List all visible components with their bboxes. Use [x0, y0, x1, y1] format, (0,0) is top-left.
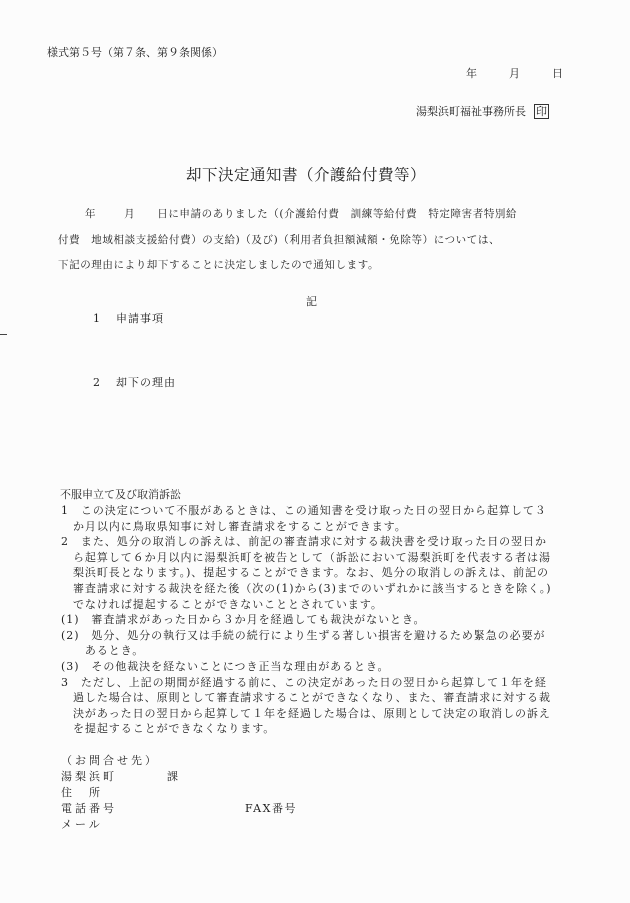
contact-town-row: 湯梨浜町課: [61, 769, 297, 785]
body-line-3: 下記の理由により却下することに決定しましたので通知します。: [58, 258, 379, 272]
appeal-line: ら起算して６か月以内に湯梨浜町を被告として（訴訟において湯梨浜町を代表する者は湯: [61, 550, 551, 566]
contact-block: （お問合せ先） 湯梨浜町課 住 所 電話番号FAX番号 メール: [61, 753, 297, 833]
record-item-1: 1申請事項: [93, 312, 164, 326]
appeal-line: 過した場合は、原則として審査請求することができなくなり、また、審査請求に対する裁: [61, 690, 551, 706]
record-item-label: 申請事項: [116, 312, 164, 325]
appeal-line: でなければ提起することができないこととされています。: [61, 597, 551, 613]
body-year-label: 年: [85, 208, 96, 220]
record-heading: 記: [306, 295, 317, 309]
appeal-line: 審査請求に対する裁決を経た後（次の(1)から(3)までのいずれかに該当するときを…: [61, 581, 551, 597]
body-line-1-text: 日に申請のありました（(介護給付費 訓練等給付費 特定障害者特別給: [157, 208, 517, 220]
date-year-label: 年: [466, 67, 477, 80]
contact-heading: （お問合せ先）: [61, 753, 297, 769]
contact-town: 湯梨浜町: [61, 770, 117, 783]
appeal-line: (2) 処分、処分の執行又は手続の続行により生ずる著しい損害を避けるため緊急の必…: [61, 628, 551, 644]
issuer-name: 湯梨浜町福祉事務所長: [416, 105, 526, 118]
body-line-1: 年月日に申請のありました（(介護給付費 訓練等給付費 特定障害者特別給: [85, 207, 517, 221]
contact-section: 課: [167, 770, 181, 783]
appeal-line: あるとき。: [61, 643, 551, 659]
record-item-label: 却下の理由: [116, 376, 176, 389]
record-item-number: 2: [93, 376, 100, 389]
body-month-label: 月: [124, 208, 135, 220]
date-day-label: 日: [552, 67, 563, 80]
appeal-heading: 不服申立て及び取消訴訟: [60, 488, 181, 502]
appeal-line: 梨浜町長となります。)、提起することができます。なお、処分の取消しの訴えは、前記…: [61, 565, 551, 581]
seal-stamp-box: 印: [534, 104, 549, 119]
contact-email-label: メール: [61, 817, 297, 833]
appeal-line: 2 また、処分の取消しの訴えは、前記の審査請求に対する裁決書を受け取った日の翌日…: [61, 534, 551, 550]
appeal-line: 決があった日の翌日から起算して１年を経過した場合は、原則として決定の取消しの訴え: [61, 706, 551, 722]
appeal-line: (3) その他裁決を経ないことにつき正当な理由があるとき。: [61, 659, 551, 675]
document-title: 却下決定通知書（介護給付費等）: [186, 165, 426, 185]
margin-mark: [0, 334, 7, 335]
date-month-label: 月: [509, 67, 520, 80]
appeal-line: (1) 審査請求があった日から３か月を経過しても裁決がないとき。: [61, 612, 551, 628]
contact-address-label: 住 所: [61, 785, 297, 801]
contact-phone-row: 電話番号FAX番号: [61, 801, 297, 817]
date-line: 年月日: [466, 67, 563, 81]
record-item-number: 1: [93, 312, 100, 325]
appeal-line: か月以内に鳥取県知事に対し審査請求をすることができます。: [61, 519, 551, 535]
appeal-text: 1 この決定について不服があるときは、この通知書を受け取った日の翌日から起算して…: [61, 503, 551, 737]
record-item-2: 2却下の理由: [93, 376, 176, 390]
appeal-line: を提起することができなくなります。: [61, 721, 551, 737]
body-line-2: 付費 地域相談支援給付費）の支給)（及び)（利用者負担額減額・免除等）については…: [58, 233, 500, 247]
contact-phone-label: 電話番号: [61, 802, 117, 815]
issuer-line: 湯梨浜町福祉事務所長印: [416, 104, 549, 119]
form-number: 様式第５号（第７条、第９条関係）: [47, 46, 223, 60]
appeal-line: 3 ただし、上記の期間が経過する前に、この決定があった日の翌日から起算して１年を…: [61, 675, 551, 691]
appeal-line: 1 この決定について不服があるときは、この通知書を受け取った日の翌日から起算して…: [61, 503, 551, 519]
contact-fax-label: FAX番号: [245, 802, 297, 815]
